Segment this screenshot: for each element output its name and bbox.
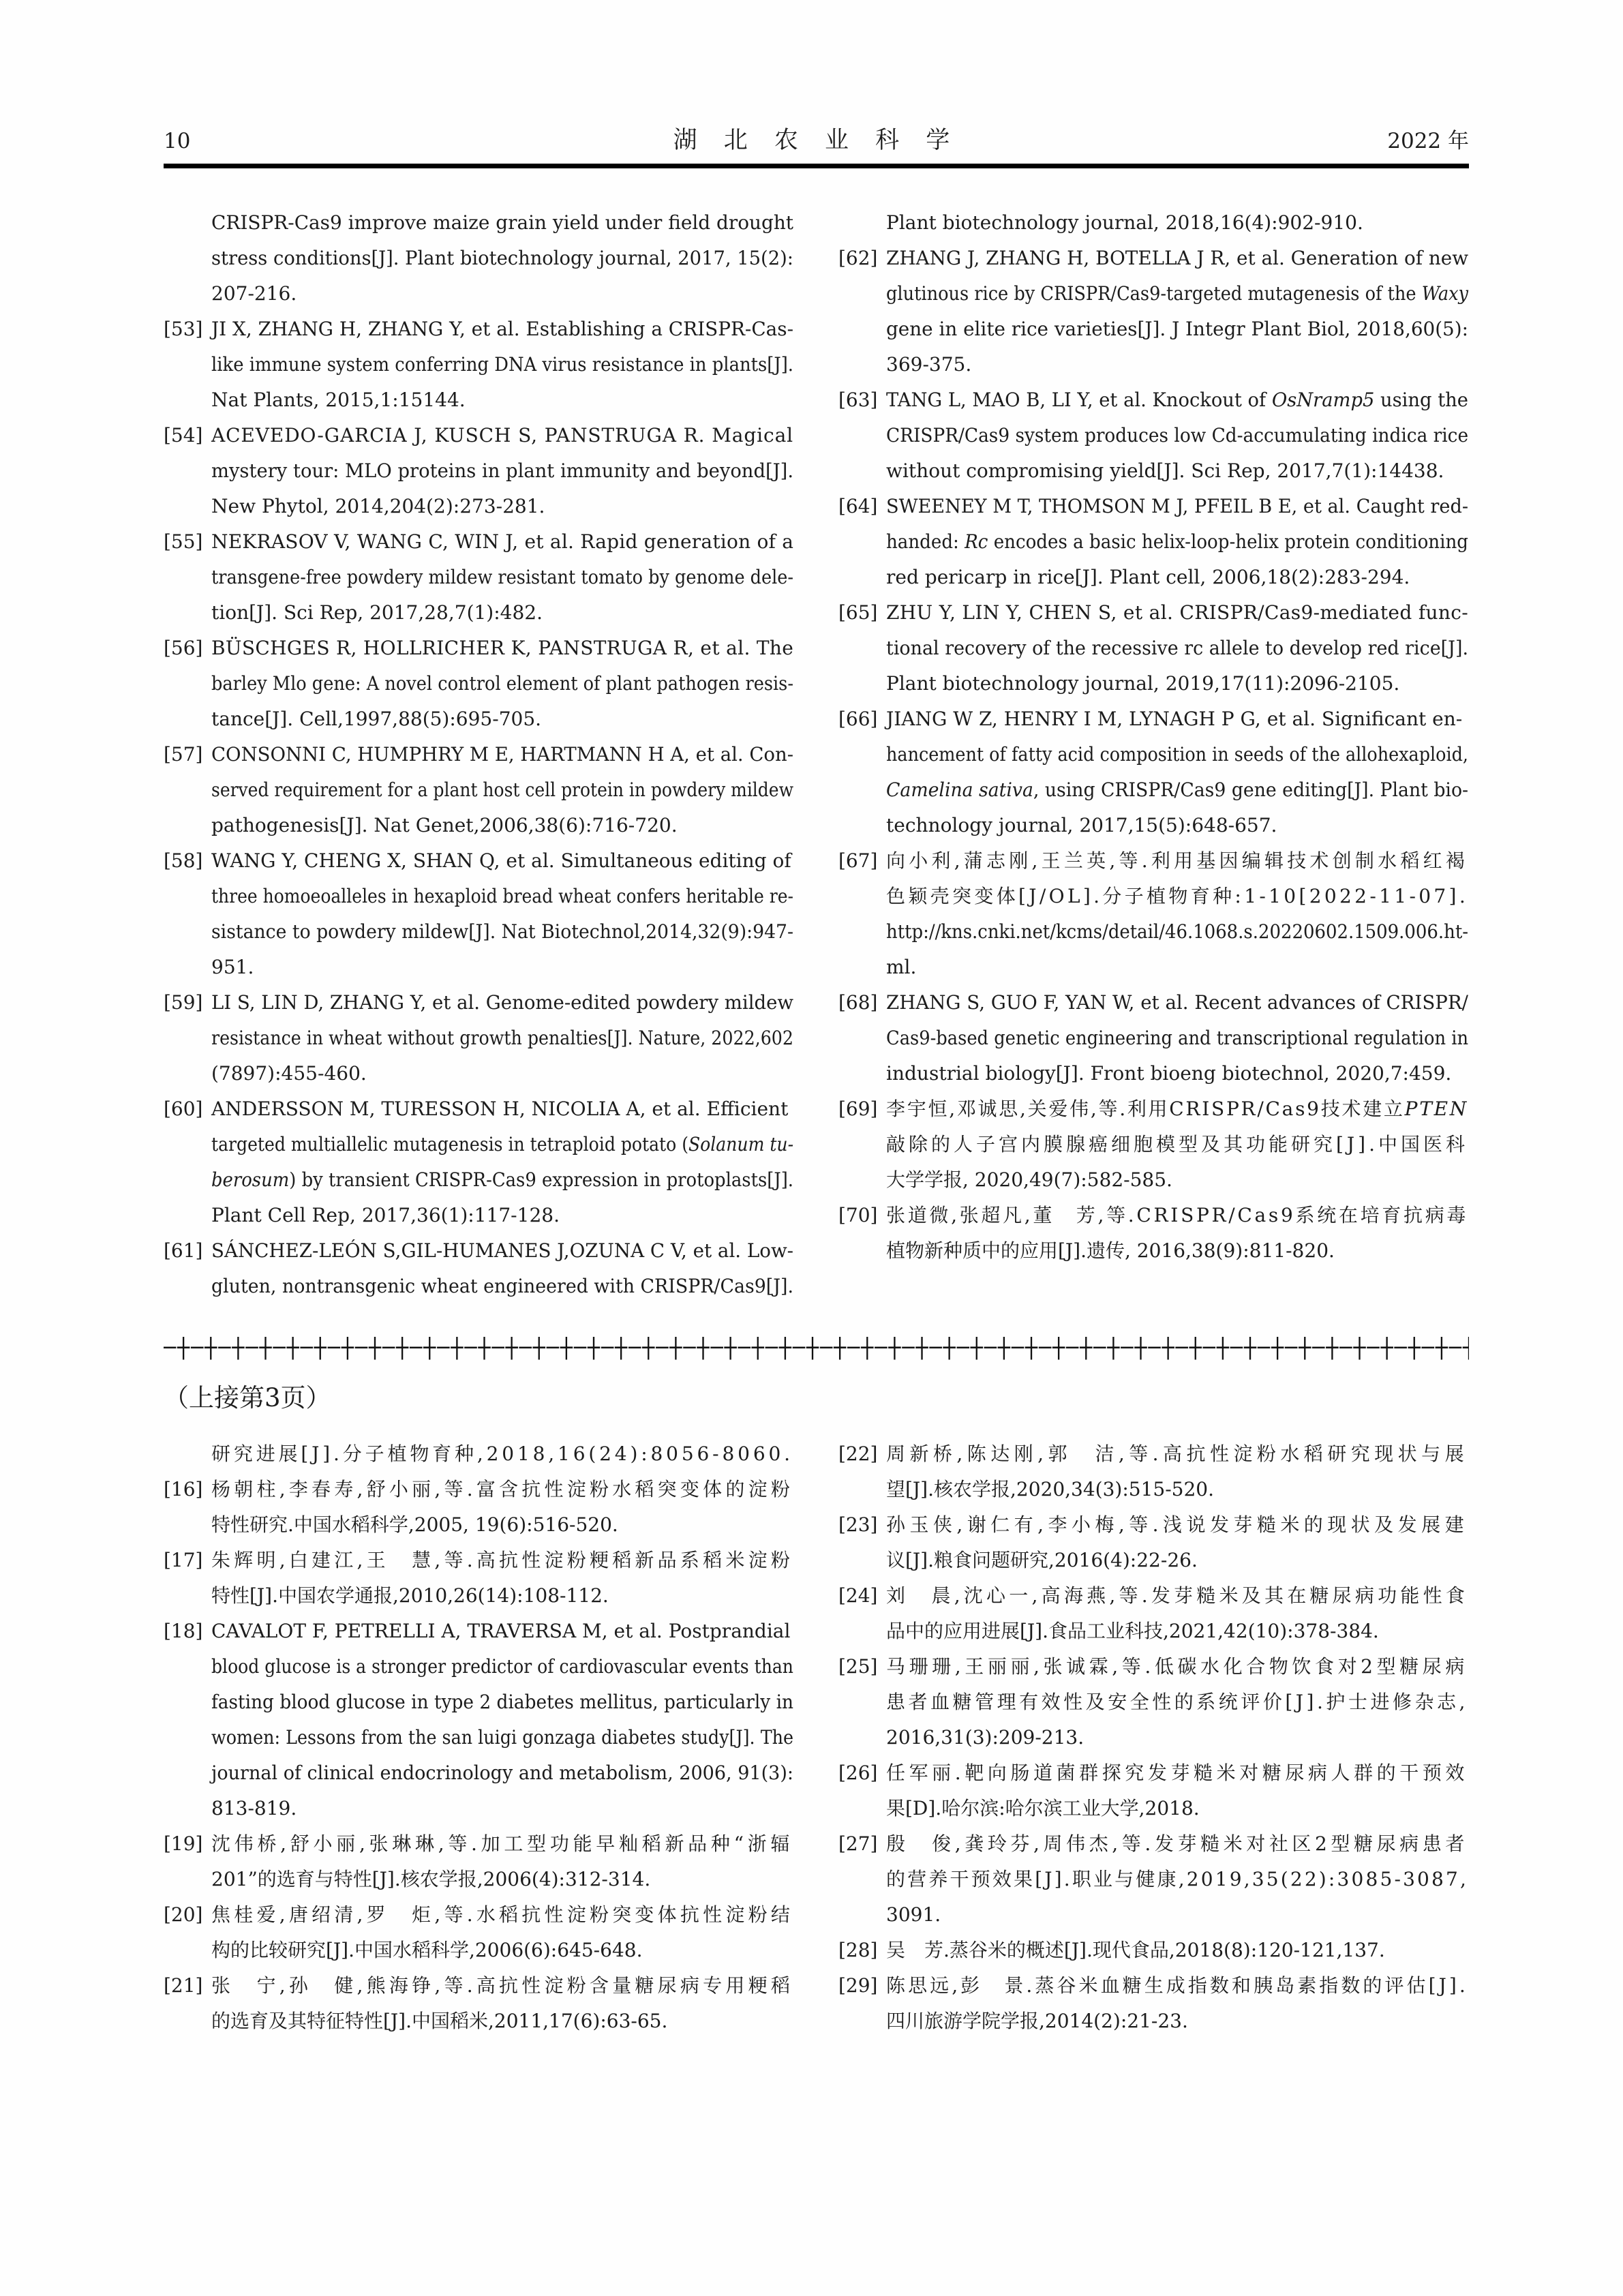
reference-text: CRISPR/Cas9 system produces low Cd-accum… (886, 418, 1468, 453)
reference-entry-line: [67]向小利,蒲志刚,王兰英,等.利用基因编辑技术创制水稻红褐 (838, 843, 1468, 879)
reference-text: 特性[J].中国农学通报,2010,26(14):108-112. (211, 1578, 609, 1614)
reference-text: 张 宁,孙 健,熊海铮,等.高抗性淀粉含量糖尿病专用粳稻 (211, 1968, 793, 2004)
reference-text: gluten, nontransgenic wheat engineered w… (211, 1269, 793, 1304)
reference-number: [55] (164, 524, 202, 560)
reference-entry-line: [17]朱辉明,白建江,王 慧,等.高抗性淀粉粳稻新品系稻米淀粉 (164, 1543, 793, 1578)
reference-number: [68] (838, 985, 877, 1021)
reference-text: 的选育及其特征特性[J].中国稻米,2011,17(6):63-65. (211, 2004, 667, 2039)
reference-entry-line: [29]陈思远,彭 景.蒸谷米血糖生成指数和胰岛素指数的评估[J]. (838, 1968, 1468, 2004)
reference-continuation-line: Camelina sativa, using CRISPR/Cas9 gene … (838, 772, 1468, 808)
bottom-left-column: 研究进展[J].分子植物育种,2018,16(24):8056-8060.[16… (164, 1436, 793, 2039)
references-top-section: CRISPR-Cas9 improve maize grain yield un… (164, 205, 1469, 1304)
reference-continuation-line: sistance to powdery mildew[J]. Nat Biote… (164, 914, 793, 950)
reference-entry-line: [53]JI X, ZHANG H, ZHANG Y, et al. Estab… (164, 312, 793, 347)
reference-number: [64] (838, 489, 877, 524)
reference-number: [25] (838, 1649, 877, 1685)
reference-text: 2016,31(3):209-213. (886, 1720, 1084, 1755)
reference-text: 大学学报, 2020,49(7):582-585. (886, 1162, 1172, 1198)
reference-continuation-line: 色颖壳突变体[J/OL].分子植物育种:1-10[2022-11-07]. (838, 879, 1468, 914)
reference-text: tional recovery of the recessive rc alle… (886, 631, 1468, 666)
reference-number: [18] (164, 1614, 202, 1649)
reference-continuation-line: glutinous rice by CRISPR/Cas9-targeted m… (838, 276, 1468, 312)
reference-continuation-line: CRISPR/Cas9 system produces low Cd-accum… (838, 418, 1468, 453)
reference-continuation-line: New Phytol, 2014,204(2):273-281. (164, 489, 793, 524)
reference-number: [63] (838, 382, 877, 418)
reference-text: technology journal, 2017,15(5):648-657. (886, 808, 1277, 843)
reference-text: Plant biotechnology journal, 2018,16(4):… (886, 205, 1363, 241)
reference-text: tance[J]. Cell,1997,88(5):695-705. (211, 701, 541, 737)
reference-continuation-line: handed: Rc encodes a basic helix-loop-he… (838, 524, 1468, 560)
reference-text: 果[D].哈尔滨:哈尔滨工业大学,2018. (886, 1791, 1200, 1826)
reference-number: [20] (164, 1897, 202, 1933)
reference-text: red pericarp in rice[J]. Plant cell, 200… (886, 560, 1410, 595)
reference-continuation-line: technology journal, 2017,15(5):648-657. (838, 808, 1468, 843)
reference-text: WANG Y, CHENG X, SHAN Q, et al. Simultan… (211, 843, 791, 879)
reference-text: 207-216. (211, 276, 297, 312)
references-bottom-section: 研究进展[J].分子植物育种,2018,16(24):8056-8060.[16… (164, 1436, 1469, 2039)
reference-number: [70] (838, 1198, 877, 1233)
reference-number: [58] (164, 843, 202, 879)
reference-continuation-line: 议[J].粮食问题研究,2016(4):22-26. (838, 1543, 1468, 1578)
reference-continuation-line: barley Mlo gene: A novel control element… (164, 666, 793, 701)
reference-continuation-line: transgene-free powdery mildew resistant … (164, 560, 793, 595)
reference-text: 构的比较研究[J].中国水稻科学,2006(6):645-648. (211, 1933, 642, 1968)
reference-entry-line: [66]JIANG W Z, HENRY I M, LYNAGH P G, et… (838, 701, 1468, 737)
reference-text: fasting blood glucose in type 2 diabetes… (211, 1685, 793, 1720)
reference-number: [24] (838, 1578, 877, 1614)
reference-text: New Phytol, 2014,204(2):273-281. (211, 489, 545, 524)
header-rule (164, 164, 1469, 168)
reference-text: barley Mlo gene: A novel control element… (211, 666, 793, 701)
reference-entry-line: [63]TANG L, MAO B, LI Y, et al. Knockout… (838, 382, 1468, 418)
reference-continuation-line: 望[J].核农学报,2020,34(3):515-520. (838, 1472, 1468, 1507)
reference-text: targeted multiallelic mutagenesis in tet… (211, 1127, 793, 1162)
reference-continuation-line: 201”的选育与特性[J].核农学报,2006(4):312-314. (164, 1862, 793, 1897)
reference-number: [65] (838, 595, 877, 631)
reference-number: [59] (164, 985, 202, 1021)
section-divider: ─┼─┼─┼─┼─┼─┼─┼─┼─┼─┼─┼─┼─┼─┼─┼─┼─┼─┼─┼─┼… (164, 1337, 1469, 1360)
reference-text: 杨朝柱,李春寿,舒小丽,等.富含抗性淀粉水稻突变体的淀粉 (211, 1472, 793, 1507)
reference-text: SÁNCHEZ-LEÓN S,GIL-HUMANES J,OZUNA C V, … (211, 1233, 793, 1269)
reference-text: ZHU Y, LIN Y, CHEN S, et al. CRISPR/Cas9… (886, 595, 1468, 631)
reference-text: berosum) by transient CRISPR-Cas9 expres… (211, 1162, 793, 1198)
reference-number: [19] (164, 1826, 202, 1862)
reference-text: 研究进展[J].分子植物育种,2018,16(24):8056-8060. (211, 1436, 793, 1472)
reference-text: 沈伟桥,舒小丽,张琳琳,等.加工型功能早籼稻新品种“浙辐 (211, 1826, 793, 1862)
reference-text: Plant Cell Rep, 2017,36(1):117-128. (211, 1198, 560, 1233)
top-right-column: Plant biotechnology journal, 2018,16(4):… (838, 205, 1468, 1304)
reference-text: SWEENEY M T, THOMSON M J, PFEIL B E, et … (886, 489, 1468, 524)
reference-continuation-line: 患者血糖管理有效性及安全性的系统评价[J].护士进修杂志, (838, 1685, 1468, 1720)
reference-entry-line: [55]NEKRASOV V, WANG C, WIN J, et al. Ra… (164, 524, 793, 560)
reference-text: 张道微,张超凡,董 芳,等.CRISPR/Cas9系统在培育抗病毒 (886, 1198, 1468, 1233)
reference-continuation-line: gluten, nontransgenic wheat engineered w… (164, 1269, 793, 1304)
reference-text: 色颖壳突变体[J/OL].分子植物育种:1-10[2022-11-07]. (886, 879, 1468, 914)
reference-text: 李宇恒,邓诚思,关爱伟,等.利用CRISPR/Cas9技术建立PTEN (886, 1091, 1468, 1127)
reference-text: 的营养干预效果[J].职业与健康,2019,35(22):3085-3087, (886, 1862, 1468, 1897)
reference-continuation-line: red pericarp in rice[J]. Plant cell, 200… (838, 560, 1468, 595)
reference-text: 殷 俊,龚玲芬,周伟杰,等.发芽糙米对社区2型糖尿病患者 (886, 1826, 1468, 1862)
reference-entry-line: [57]CONSONNI C, HUMPHRY M E, HARTMANN H … (164, 737, 793, 772)
reference-continuation-line: 207-216. (164, 276, 793, 312)
reference-text: LI S, LIN D, ZHANG Y, et al. Genome-edit… (211, 985, 793, 1021)
reference-number: [60] (164, 1091, 202, 1127)
reference-number: [66] (838, 701, 877, 737)
reference-text: like immune system conferring DNA virus … (211, 347, 793, 382)
reference-continuation-line: http://kns.cnki.net/kcms/detail/46.1068.… (838, 914, 1468, 950)
reference-number: [23] (838, 1507, 877, 1543)
reference-continuation-line: 特性[J].中国农学通报,2010,26(14):108-112. (164, 1578, 793, 1614)
reference-text: journal of clinical endocrinology and me… (211, 1755, 793, 1791)
reference-continuation-line: 的选育及其特征特性[J].中国稻米,2011,17(6):63-65. (164, 2004, 793, 2039)
reference-text: 孙玉侠,谢仁有,李小梅,等.浅说发芽糙米的现状及发展建 (886, 1507, 1468, 1543)
reference-continuation-line: 植物新种质中的应用[J].遗传, 2016,38(9):811-820. (838, 1233, 1468, 1269)
reference-entry-line: [69]李宇恒,邓诚思,关爱伟,等.利用CRISPR/Cas9技术建立PTEN (838, 1091, 1468, 1127)
reference-continuation-line: 研究进展[J].分子植物育种,2018,16(24):8056-8060. (164, 1436, 793, 1472)
reference-entry-line: [70]张道微,张超凡,董 芳,等.CRISPR/Cas9系统在培育抗病毒 (838, 1198, 1468, 1233)
reference-continuation-line: Plant Cell Rep, 2017,36(1):117-128. (164, 1198, 793, 1233)
reference-number: [53] (164, 312, 202, 347)
reference-text: tion[J]. Sci Rep, 2017,28,7(1):482. (211, 595, 543, 631)
reference-continuation-line: 构的比较研究[J].中国水稻科学,2006(6):645-648. (164, 1933, 793, 1968)
reference-continuation-line: berosum) by transient CRISPR-Cas9 expres… (164, 1162, 793, 1198)
reference-continuation-line: Plant biotechnology journal, 2019,17(11)… (838, 666, 1468, 701)
reference-text: 望[J].核农学报,2020,34(3):515-520. (886, 1472, 1214, 1507)
reference-text: CONSONNI C, HUMPHRY M E, HARTMANN H A, e… (211, 737, 793, 772)
reference-text: 201”的选育与特性[J].核农学报,2006(4):312-314. (211, 1862, 650, 1897)
journal-title: 湖 北 农 业 科 学 (673, 121, 960, 155)
reference-text: 陈思远,彭 景.蒸谷米血糖生成指数和胰岛素指数的评估[J]. (886, 1968, 1468, 2004)
reference-text: ANDERSSON M, TURESSON H, NICOLIA A, et a… (211, 1091, 788, 1127)
reference-entry-line: [25]马珊珊,王丽丽,张诚霖,等.低碳水化合物饮食对2型糖尿病 (838, 1649, 1468, 1685)
reference-continuation-line: 951. (164, 950, 793, 985)
reference-text: gene in elite rice varieties[J]. J Integ… (886, 312, 1468, 347)
reference-text: Plant biotechnology journal, 2019,17(11)… (886, 666, 1399, 701)
reference-number: [17] (164, 1543, 202, 1578)
reference-text: sistance to powdery mildew[J]. Nat Biote… (211, 914, 793, 950)
reference-continuation-line: 果[D].哈尔滨:哈尔滨工业大学,2018. (838, 1791, 1468, 1826)
reference-continuation-line: ml. (838, 950, 1468, 985)
reference-text: 3091. (886, 1897, 941, 1933)
reference-continuation-line: tion[J]. Sci Rep, 2017,28,7(1):482. (164, 595, 793, 631)
reference-entry-line: [64]SWEENEY M T, THOMSON M J, PFEIL B E,… (838, 489, 1468, 524)
reference-text: 951. (211, 950, 254, 985)
reference-text: Camelina sativa, using CRISPR/Cas9 gene … (886, 772, 1468, 808)
reference-text: pathogenesis[J]. Nat Genet,2006,38(6):71… (211, 808, 678, 843)
reference-text: served requirement for a plant host cell… (211, 772, 793, 808)
reference-entry-line: [28]吴 芳.蒸谷米的概述[J].现代食品,2018(8):120-121,1… (838, 1933, 1468, 1968)
reference-number: [62] (838, 241, 877, 276)
reference-continuation-line: 2016,31(3):209-213. (838, 1720, 1468, 1755)
reference-continuation-line: pathogenesis[J]. Nat Genet,2006,38(6):71… (164, 808, 793, 843)
reference-continuation-line: Nat Plants, 2015,1:15144. (164, 382, 793, 418)
reference-number: [69] (838, 1091, 877, 1127)
reference-text: NEKRASOV V, WANG C, WIN J, et al. Rapid … (211, 524, 793, 560)
reference-continuation-line: blood glucose is a stronger predictor of… (164, 1649, 793, 1685)
reference-number: [56] (164, 631, 202, 666)
reference-text: 敲除的人子宫内膜腺癌细胞模型及其功能研究[J].中国医科 (886, 1127, 1468, 1162)
top-left-column: CRISPR-Cas9 improve maize grain yield un… (164, 205, 793, 1304)
reference-continuation-line: women: Lessons from the san luigi gonzag… (164, 1720, 793, 1755)
reference-text: 吴 芳.蒸谷米的概述[J].现代食品,2018(8):120-121,137. (886, 1933, 1385, 1968)
journal-page: 10 湖 北 农 业 科 学 2022 年 CRISPR-Cas9 improv… (0, 0, 1623, 2296)
reference-entry-line: [21]张 宁,孙 健,熊海铮,等.高抗性淀粉含量糖尿病专用粳稻 (164, 1968, 793, 2004)
reference-text: 特性研究.中国水稻科学,2005, 19(6):516-520. (211, 1507, 618, 1543)
reference-continuation-line: CRISPR-Cas9 improve maize grain yield un… (164, 205, 793, 241)
reference-text: hancement of fatty acid composition in s… (886, 737, 1468, 772)
reference-text: 四川旅游学院学报,2014(2):21-23. (886, 2004, 1188, 2039)
reference-continuation-line: 813-819. (164, 1791, 793, 1826)
reference-text: JI X, ZHANG H, ZHANG Y, et al. Establish… (211, 312, 793, 347)
reference-number: [28] (838, 1933, 877, 1968)
reference-text: 向小利,蒲志刚,王兰英,等.利用基因编辑技术创制水稻红褐 (886, 843, 1468, 879)
page-header: 10 湖 北 农 业 科 学 2022 年 (164, 121, 1469, 155)
reference-text: 马珊珊,王丽丽,张诚霖,等.低碳水化合物饮食对2型糖尿病 (886, 1649, 1468, 1685)
reference-entry-line: [22]周新桥,陈达刚,郭 洁,等.高抗性淀粉水稻研究现状与展 (838, 1436, 1468, 1472)
reference-continuation-line: 品中的应用进展[J].食品工业科技,2021,42(10):378-384. (838, 1614, 1468, 1649)
reference-text: women: Lessons from the san luigi gonzag… (211, 1720, 793, 1755)
reference-text: 植物新种质中的应用[J].遗传, 2016,38(9):811-820. (886, 1233, 1335, 1269)
reference-continuation-line: 369-375. (838, 347, 1468, 382)
reference-continuation-line: resistance in wheat without growth penal… (164, 1021, 793, 1056)
reference-entry-line: [65]ZHU Y, LIN Y, CHEN S, et al. CRISPR/… (838, 595, 1468, 631)
reference-text: ZHANG J, ZHANG H, BOTELLA J R, et al. Ge… (886, 241, 1468, 276)
reference-text: 品中的应用进展[J].食品工业科技,2021,42(10):378-384. (886, 1614, 1379, 1649)
reference-text: 周新桥,陈达刚,郭 洁,等.高抗性淀粉水稻研究现状与展 (886, 1436, 1468, 1472)
reference-number: [22] (838, 1436, 877, 1472)
reference-number: [61] (164, 1233, 202, 1269)
reference-text: CRISPR-Cas9 improve maize grain yield un… (211, 205, 793, 241)
reference-continuation-line: like immune system conferring DNA virus … (164, 347, 793, 382)
reference-continuation-line: fasting blood glucose in type 2 diabetes… (164, 1685, 793, 1720)
reference-entry-line: [20]焦桂爱,唐绍清,罗 炬,等.水稻抗性淀粉突变体抗性淀粉结 (164, 1897, 793, 1933)
reference-number: [26] (838, 1755, 877, 1791)
reference-text: (7897):455-460. (211, 1056, 367, 1091)
reference-entry-line: [59]LI S, LIN D, ZHANG Y, et al. Genome-… (164, 985, 793, 1021)
reference-continuation-line: (7897):455-460. (164, 1056, 793, 1091)
reference-text: Nat Plants, 2015,1:15144. (211, 382, 466, 418)
reference-text: BÜSCHGES R, HOLLRICHER K, PANSTRUGA R, e… (211, 631, 793, 666)
reference-text: three homoeoalleles in hexaploid bread w… (211, 879, 793, 914)
reference-text: TANG L, MAO B, LI Y, et al. Knockout of … (886, 382, 1468, 418)
reference-number: [29] (838, 1968, 877, 2004)
reference-continuation-line: 3091. (838, 1897, 1468, 1933)
reference-text: 议[J].粮食问题研究,2016(4):22-26. (886, 1543, 1198, 1578)
reference-text: ACEVEDO-GARCIA J, KUSCH S, PANSTRUGA R. … (211, 418, 793, 453)
reference-number: [21] (164, 1968, 202, 2004)
reference-continuation-line: 大学学报, 2020,49(7):582-585. (838, 1162, 1468, 1198)
reference-number: [57] (164, 737, 202, 772)
reference-text: http://kns.cnki.net/kcms/detail/46.1068.… (886, 914, 1468, 950)
reference-entry-line: [61]SÁNCHEZ-LEÓN S,GIL-HUMANES J,OZUNA C… (164, 1233, 793, 1269)
continuation-note: （上接第3页） (164, 1380, 1469, 1416)
reference-text: blood glucose is a stronger predictor of… (211, 1649, 793, 1685)
bottom-right-column: [22]周新桥,陈达刚,郭 洁,等.高抗性淀粉水稻研究现状与展望[J].核农学报… (838, 1436, 1468, 2039)
reference-continuation-line: tional recovery of the recessive rc alle… (838, 631, 1468, 666)
page-number: 10 (164, 129, 190, 153)
reference-text: resistance in wheat without growth penal… (211, 1021, 793, 1056)
reference-entry-line: [16]杨朝柱,李春寿,舒小丽,等.富含抗性淀粉水稻突变体的淀粉 (164, 1472, 793, 1507)
reference-continuation-line: 四川旅游学院学报,2014(2):21-23. (838, 2004, 1468, 2039)
reference-continuation-line: mystery tour: MLO proteins in plant immu… (164, 453, 793, 489)
reference-entry-line: [58]WANG Y, CHENG X, SHAN Q, et al. Simu… (164, 843, 793, 879)
reference-text: without compromising yield[J]. Sci Rep, … (886, 453, 1444, 489)
reference-text: stress conditions[J]. Plant biotechnolog… (211, 241, 793, 276)
reference-number: [16] (164, 1472, 202, 1507)
reference-entry-line: [18]CAVALOT F, PETRELLI A, TRAVERSA M, e… (164, 1614, 793, 1649)
reference-continuation-line: stress conditions[J]. Plant biotechnolog… (164, 241, 793, 276)
reference-continuation-line: without compromising yield[J]. Sci Rep, … (838, 453, 1468, 489)
reference-continuation-line: 的营养干预效果[J].职业与健康,2019,35(22):3085-3087, (838, 1862, 1468, 1897)
reference-entry-line: [62]ZHANG J, ZHANG H, BOTELLA J R, et al… (838, 241, 1468, 276)
reference-text: CAVALOT F, PETRELLI A, TRAVERSA M, et al… (211, 1614, 790, 1649)
reference-text: 369-375. (886, 347, 971, 382)
reference-continuation-line: targeted multiallelic mutagenesis in tet… (164, 1127, 793, 1162)
reference-text: ZHANG S, GUO F, YAN W, et al. Recent adv… (886, 985, 1468, 1021)
reference-text: ml. (886, 950, 916, 985)
reference-continuation-line: three homoeoalleles in hexaploid bread w… (164, 879, 793, 914)
reference-text: Cas9-based genetic engineering and trans… (886, 1021, 1468, 1056)
reference-continuation-line: industrial biology[J]. Front bioeng biot… (838, 1056, 1468, 1091)
header-year: 2022 年 (1387, 123, 1469, 154)
reference-number: [27] (838, 1826, 877, 1862)
reference-text: 任军丽.靶向肠道菌群探究发芽糙米对糖尿病人群的干预效 (886, 1755, 1468, 1791)
reference-text: 刘 晨,沈心一,高海燕,等.发芽糙米及其在糖尿病功能性食 (886, 1578, 1468, 1614)
reference-continuation-line: gene in elite rice varieties[J]. J Integ… (838, 312, 1468, 347)
reference-text: 患者血糖管理有效性及安全性的系统评价[J].护士进修杂志, (886, 1685, 1468, 1720)
reference-entry-line: [23]孙玉侠,谢仁有,李小梅,等.浅说发芽糙米的现状及发展建 (838, 1507, 1468, 1543)
reference-text: handed: Rc encodes a basic helix-loop-he… (886, 524, 1468, 560)
reference-text: industrial biology[J]. Front bioeng biot… (886, 1056, 1451, 1091)
reference-text: 焦桂爱,唐绍清,罗 炬,等.水稻抗性淀粉突变体抗性淀粉结 (211, 1897, 793, 1933)
reference-entry-line: [24]刘 晨,沈心一,高海燕,等.发芽糙米及其在糖尿病功能性食 (838, 1578, 1468, 1614)
reference-continuation-line: 敲除的人子宫内膜腺癌细胞模型及其功能研究[J].中国医科 (838, 1127, 1468, 1162)
reference-text: transgene-free powdery mildew resistant … (211, 560, 793, 595)
reference-number: [54] (164, 418, 202, 453)
reference-entry-line: [54]ACEVEDO-GARCIA J, KUSCH S, PANSTRUGA… (164, 418, 793, 453)
reference-entry-line: [60]ANDERSSON M, TURESSON H, NICOLIA A, … (164, 1091, 793, 1127)
reference-text: mystery tour: MLO proteins in plant immu… (211, 453, 793, 489)
reference-continuation-line: served requirement for a plant host cell… (164, 772, 793, 808)
reference-entry-line: [56]BÜSCHGES R, HOLLRICHER K, PANSTRUGA … (164, 631, 793, 666)
reference-continuation-line: Cas9-based genetic engineering and trans… (838, 1021, 1468, 1056)
reference-continuation-line: hancement of fatty acid composition in s… (838, 737, 1468, 772)
reference-continuation-line: journal of clinical endocrinology and me… (164, 1755, 793, 1791)
reference-entry-line: [68]ZHANG S, GUO F, YAN W, et al. Recent… (838, 985, 1468, 1021)
reference-text: 813-819. (211, 1791, 297, 1826)
reference-continuation-line: 特性研究.中国水稻科学,2005, 19(6):516-520. (164, 1507, 793, 1543)
reference-continuation-line: tance[J]. Cell,1997,88(5):695-705. (164, 701, 793, 737)
reference-entry-line: [26]任军丽.靶向肠道菌群探究发芽糙米对糖尿病人群的干预效 (838, 1755, 1468, 1791)
reference-text: 朱辉明,白建江,王 慧,等.高抗性淀粉粳稻新品系稻米淀粉 (211, 1543, 793, 1578)
reference-continuation-line: Plant biotechnology journal, 2018,16(4):… (838, 205, 1468, 241)
reference-number: [67] (838, 843, 877, 879)
reference-text: JIANG W Z, HENRY I M, LYNAGH P G, et al.… (886, 701, 1462, 737)
reference-entry-line: [19]沈伟桥,舒小丽,张琳琳,等.加工型功能早籼稻新品种“浙辐 (164, 1826, 793, 1862)
reference-entry-line: [27]殷 俊,龚玲芬,周伟杰,等.发芽糙米对社区2型糖尿病患者 (838, 1826, 1468, 1862)
reference-text: glutinous rice by CRISPR/Cas9-targeted m… (886, 276, 1468, 312)
